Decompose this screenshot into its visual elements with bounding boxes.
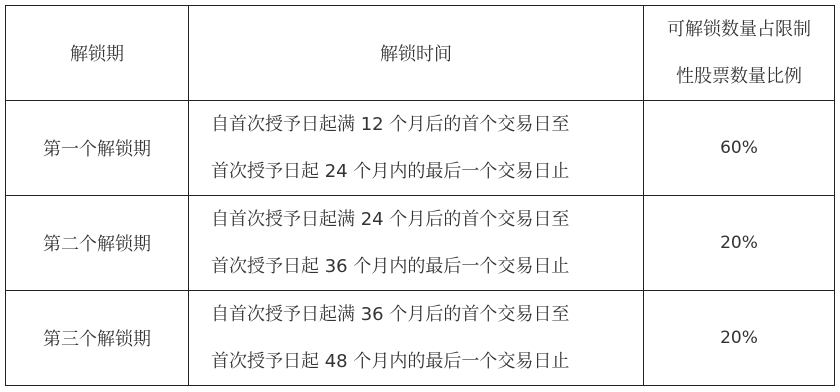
table-header-row: 解锁期 解锁时间 可解锁数量占限制 性股票数量比例 xyxy=(6,6,835,101)
table-row: 第一个解锁期 自首次授予日起满 12 个月后的首个交易日至 首次授予日起 24 … xyxy=(6,101,835,196)
header-period: 解锁期 xyxy=(6,6,189,101)
cell-time: 自首次授予日起满 36 个月后的首个交易日至 首次授予日起 48 个月内的最后一… xyxy=(189,291,644,386)
cell-ratio: 60% xyxy=(644,101,835,196)
ratio-value: 20% xyxy=(720,328,758,348)
time-line2: 首次授予日起 36 个月内的最后一个交易日止 xyxy=(211,243,643,290)
time-line2: 首次授予日起 24 个月内的最后一个交易日止 xyxy=(211,148,643,195)
ratio-value: 20% xyxy=(720,233,758,253)
cell-period: 第一个解锁期 xyxy=(6,101,189,196)
unlock-schedule-table: 解锁期 解锁时间 可解锁数量占限制 性股票数量比例 第一个解锁期 自首次授予日起… xyxy=(5,5,835,386)
cell-period: 第二个解锁期 xyxy=(6,196,189,291)
cell-time: 自首次授予日起满 24 个月后的首个交易日至 首次授予日起 36 个月内的最后一… xyxy=(189,196,644,291)
cell-time: 自首次授予日起满 12 个月后的首个交易日至 首次授予日起 24 个月内的最后一… xyxy=(189,101,644,196)
period-label: 第二个解锁期 xyxy=(43,234,151,255)
header-time-label: 解锁时间 xyxy=(380,44,452,65)
header-ratio-line1: 可解锁数量占限制 xyxy=(644,6,834,53)
header-ratio: 可解锁数量占限制 性股票数量比例 xyxy=(644,6,835,101)
ratio-value: 60% xyxy=(720,138,758,158)
unlock-schedule-table-container: 解锁期 解锁时间 可解锁数量占限制 性股票数量比例 第一个解锁期 自首次授予日起… xyxy=(5,5,835,386)
header-time: 解锁时间 xyxy=(189,6,644,101)
cell-ratio: 20% xyxy=(644,196,835,291)
header-ratio-line2: 性股票数量比例 xyxy=(644,53,834,100)
time-line1: 自首次授予日起满 24 个月后的首个交易日至 xyxy=(211,196,643,243)
period-label: 第三个解锁期 xyxy=(43,329,151,350)
time-line1: 自首次授予日起满 36 个月后的首个交易日至 xyxy=(211,291,643,338)
period-label: 第一个解锁期 xyxy=(43,139,151,160)
time-line2: 首次授予日起 48 个月内的最后一个交易日止 xyxy=(211,338,643,385)
table-row: 第三个解锁期 自首次授予日起满 36 个月后的首个交易日至 首次授予日起 48 … xyxy=(6,291,835,386)
time-line1: 自首次授予日起满 12 个月后的首个交易日至 xyxy=(211,101,643,148)
table-row: 第二个解锁期 自首次授予日起满 24 个月后的首个交易日至 首次授予日起 36 … xyxy=(6,196,835,291)
header-period-label: 解锁期 xyxy=(70,44,124,65)
cell-period: 第三个解锁期 xyxy=(6,291,189,386)
cell-ratio: 20% xyxy=(644,291,835,386)
